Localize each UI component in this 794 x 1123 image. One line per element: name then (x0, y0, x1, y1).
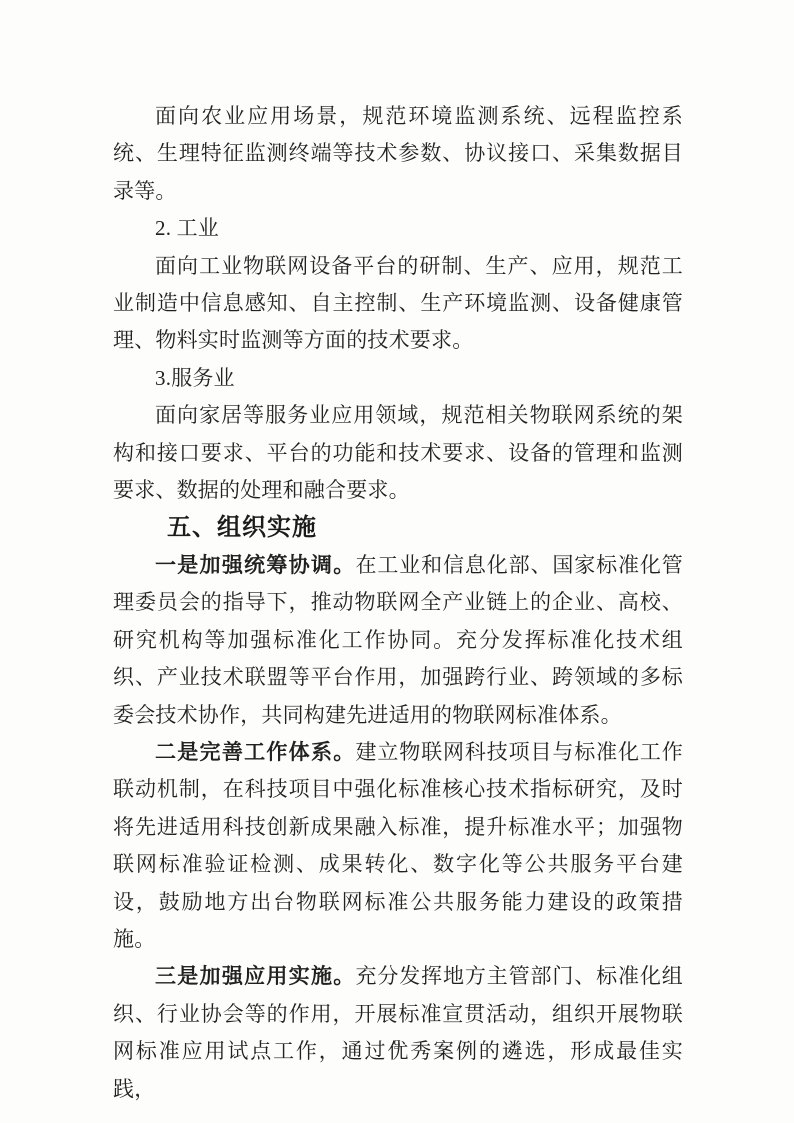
paragraph: 一是加强统筹协调。在工业和信息化部、国家标准化管理委员会的指导下，推动物联网全产… (113, 547, 683, 734)
paragraph-lead-emphasis: 三是加强应用实施。 (155, 964, 356, 988)
paragraph: 面向工业物联网设备平台的研制、生产、应用，规范工业制造中信息感知、自主控制、生产… (113, 248, 683, 360)
paragraph: 三是加强应用实施。充分发挥地方主管部门、标准化组织、行业协会等的作用，开展标准宣… (113, 958, 683, 1108)
paragraph: 面向家居等服务业应用领域，规范相关物联网系统的架构和接口要求、平台的功能和技术要… (113, 397, 683, 509)
numbered-subheading: 3.服务业 (113, 360, 683, 397)
page-number: 9 (0, 1038, 794, 1054)
section-heading: 五、组织实施 (113, 509, 683, 546)
document-page: 面向农业应用场景，规范环境监测系统、远程监控系统、生理特征监测终端等技术参数、协… (0, 0, 794, 1123)
paragraph: 面向农业应用场景，规范环境监测系统、远程监控系统、生理特征监测终端等技术参数、协… (113, 98, 683, 210)
page-body: 面向农业应用场景，规范环境监测系统、远程监控系统、生理特征监测终端等技术参数、协… (113, 98, 683, 1108)
paragraph: 二是完善工作体系。建立物联网科技项目与标准化工作联动机制，在科技项目中强化标准核… (113, 734, 683, 958)
paragraph-lead-emphasis: 一是加强统筹协调。 (155, 553, 356, 577)
numbered-subheading: 2. 工业 (113, 210, 683, 247)
paragraph-lead-emphasis: 二是完善工作体系。 (155, 740, 356, 764)
paragraph-text: 在工业和信息化部、国家标准化管理委员会的指导下，推动物联网全产业链上的企业、高校… (113, 553, 683, 727)
paragraph-text: 建立物联网科技项目与标准化工作联动机制，在科技项目中强化标准核心技术指标研究，及… (113, 740, 683, 951)
